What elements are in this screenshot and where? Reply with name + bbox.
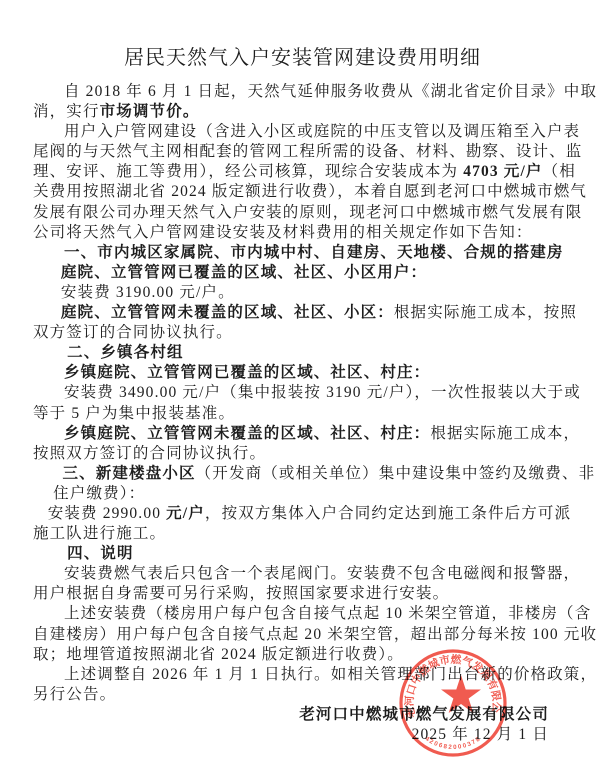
- doc-text: 安装费 3190.00 元/户。: [61, 284, 235, 301]
- doc-text: 自 2018 年 6 月 1 日起，天然气延伸服务收费从《湖北省定价目录》中取: [64, 83, 597, 100]
- doc-text-bold: 庭院、立管管网未覆盖的区域、社区、小区：: [61, 304, 394, 321]
- doc-line: 消，实行市场调节价。: [33, 102, 575, 122]
- doc-text-bold: 一、市内城区家属院、市内城中村、自建房、天地楼、合规的搭建房: [64, 244, 564, 261]
- doc-text-bold: 四、说明: [67, 545, 134, 562]
- document-lines: 自 2018 年 6 月 1 日起，天然气延伸服务收费从《湖北省定价目录》中取消…: [33, 82, 575, 705]
- doc-line: 尾阀的与天然气主网相配套的管网工程所需的设备、材料、勘察、设计、监: [33, 142, 575, 162]
- doc-text-bold: 市场调节价。: [100, 103, 200, 120]
- doc-text: 用户入户管网建设（含进入小区或庭院的中压支管以及调压箱至入户表: [64, 123, 580, 140]
- document-page: 居民天然气入户安装管网建设费用明细 自 2018 年 6 月 1 日起，天然气延…: [0, 0, 605, 768]
- doc-text: 安装费 3490.00 元/户（集中报装按 3190 元/户），一次性报装以大于…: [64, 384, 581, 401]
- document-body: 自 2018 年 6 月 1 日起，天然气延伸服务收费从《湖北省定价目录》中取消…: [0, 71, 605, 745]
- signature-date: 2025 年 12 月 1 日: [33, 725, 575, 745]
- doc-line: 取；地埋管道按照湖北省 2024 版定额进行收费）。: [33, 645, 575, 665]
- doc-line: 四、说明: [33, 544, 575, 564]
- doc-text-bold: 三、新建楼盘小区: [62, 465, 195, 482]
- doc-text: （开发商（或相关单位）集中建设集中签约及缴费、非: [196, 465, 596, 482]
- doc-text-bold: 4703 元/户: [463, 163, 542, 180]
- doc-line: 自 2018 年 6 月 1 日起，天然气延伸服务收费从《湖北省定价目录》中取: [33, 82, 575, 102]
- doc-line: 另行公告。: [33, 685, 575, 705]
- doc-text: 安装费 2990.00: [48, 505, 166, 522]
- doc-text-bold: 元/户: [166, 505, 205, 522]
- doc-line: 自建楼房）用户每户包含自接气点起 20 米架空管，超出部分每米按 100 元收: [33, 625, 575, 645]
- doc-line: 按照双方签订的合同协议执行。: [33, 444, 575, 464]
- doc-text: 用户根据自身需要可另行采购，按照国家要求进行安装。: [33, 585, 449, 602]
- doc-text: 另行公告。: [33, 686, 116, 703]
- doc-text: 根据实际施工成本，按照: [394, 304, 577, 321]
- doc-line: 公司将天然气入户管网建设安装及材料费用的相关规定作如下告知：: [33, 223, 575, 243]
- doc-line: 上述安装费（楼房用户每户包含自接气点起 10 米架空管道，非楼房（含: [33, 604, 575, 624]
- page-title: 居民天然气入户安装管网建设费用明细: [0, 0, 605, 71]
- doc-text: 消，实行: [33, 103, 100, 120]
- doc-text: 住户缴费）：: [53, 485, 145, 502]
- doc-line: 用户根据自身需要可另行采购，按照国家要求进行安装。: [33, 584, 575, 604]
- doc-text: 双方签订的合同协议执行。: [33, 324, 233, 341]
- doc-line: 理、安评、施工等费用），经公司核算，现综合安装成本为 4703 元/户（相: [33, 162, 575, 182]
- doc-text: 上述安装费（楼房用户每户包含自接气点起 10 米架空管道，非楼房（含: [64, 605, 591, 622]
- doc-text: 根据实际施工成本，: [430, 425, 580, 442]
- doc-text: 上述调整自 2026 年 1 月 1 日执行。如相关管理部门出台新的价格政策，: [64, 666, 597, 683]
- doc-text: 按照双方签订的合同协议执行。: [33, 445, 266, 462]
- doc-text: 安装费燃气表后只包含一个表尾阀门。安装费不包含电磁阀和报警器，: [64, 565, 580, 582]
- doc-text: 公司将天然气入户管网建设安装及材料费用的相关规定作如下告知：: [33, 224, 533, 241]
- doc-line: 安装费 2990.00 元/户，按双方集体入户合同约定达到施工条件后方可派: [33, 504, 575, 524]
- signature-company: 老河口中燃城市燃气发展有限公司: [33, 705, 575, 725]
- doc-line: 等于 5 户为集中报装基准。: [33, 404, 575, 424]
- doc-line: 安装费 3490.00 元/户（集中报装按 3190 元/户），一次性报装以大于…: [33, 383, 575, 403]
- doc-text: 理、安评、施工等费用），经公司核算，现综合安装成本为: [33, 163, 463, 180]
- doc-text: 等于 5 户为集中报装基准。: [33, 405, 235, 422]
- doc-text: 关费用按照湖北省 2024 版定额进行收费），本着自愿到老河口中燃城市燃气: [33, 183, 587, 200]
- doc-text: 发展有限公司办理天然气入户安装的原则，现老河口中燃城市燃气发展有限: [33, 204, 582, 221]
- doc-line: 庭院、立管管网已覆盖的区域、社区、小区用户：: [33, 263, 575, 283]
- doc-line: 施工队进行施工。: [33, 524, 575, 544]
- doc-line: 关费用按照湖北省 2024 版定额进行收费），本着自愿到老河口中燃城市燃气: [33, 182, 575, 202]
- doc-text: 自建楼房）用户每户包含自接气点起 20 米架空管，超出部分每米按 100 元收: [33, 626, 597, 643]
- doc-line: 三、新建楼盘小区（开发商（或相关单位）集中建设集中签约及缴费、非: [33, 464, 575, 484]
- doc-text-bold: 二、乡镇各村组: [67, 344, 184, 361]
- doc-text: （相: [543, 163, 576, 180]
- doc-line: 安装费燃气表后只包含一个表尾阀门。安装费不包含电磁阀和报警器，: [33, 564, 575, 584]
- doc-line: 安装费 3190.00 元/户。: [33, 283, 575, 303]
- doc-text: 施工队进行施工。: [33, 525, 166, 542]
- doc-line: 双方签订的合同协议执行。: [33, 323, 575, 343]
- doc-text: 尾阀的与天然气主网相配套的管网工程所需的设备、材料、勘察、设计、监: [33, 143, 582, 160]
- doc-line: 二、乡镇各村组: [33, 343, 575, 363]
- doc-line: 一、市内城区家属院、市内城中村、自建房、天地楼、合规的搭建房: [33, 243, 575, 263]
- doc-text: 取；地埋管道按照湖北省 2024 版定额进行收费）。: [33, 646, 404, 663]
- doc-line: 上述调整自 2026 年 1 月 1 日执行。如相关管理部门出台新的价格政策，: [33, 665, 575, 685]
- doc-line: 乡镇庭院、立管管网已覆盖的区域、社区、村庄：: [33, 363, 575, 383]
- doc-line: 用户入户管网建设（含进入小区或庭院的中压支管以及调压箱至入户表: [33, 122, 575, 142]
- doc-text: ，按双方集体入户合同约定达到施工条件后方可派: [205, 505, 571, 522]
- doc-text-bold: 庭院、立管管网已覆盖的区域、社区、小区用户：: [61, 264, 427, 281]
- doc-line: 乡镇庭院、立管管网未覆盖的区域、社区、村庄：根据实际施工成本，: [33, 424, 575, 444]
- doc-line: 发展有限公司办理天然气入户安装的原则，现老河口中燃城市燃气发展有限: [33, 203, 575, 223]
- doc-line: 住户缴费）：: [33, 484, 575, 504]
- doc-text-bold: 乡镇庭院、立管管网已覆盖的区域、社区、村庄：: [64, 364, 430, 381]
- doc-text-bold: 乡镇庭院、立管管网未覆盖的区域、社区、村庄：: [64, 425, 430, 442]
- doc-line: 庭院、立管管网未覆盖的区域、社区、小区：根据实际施工成本，按照: [33, 303, 575, 323]
